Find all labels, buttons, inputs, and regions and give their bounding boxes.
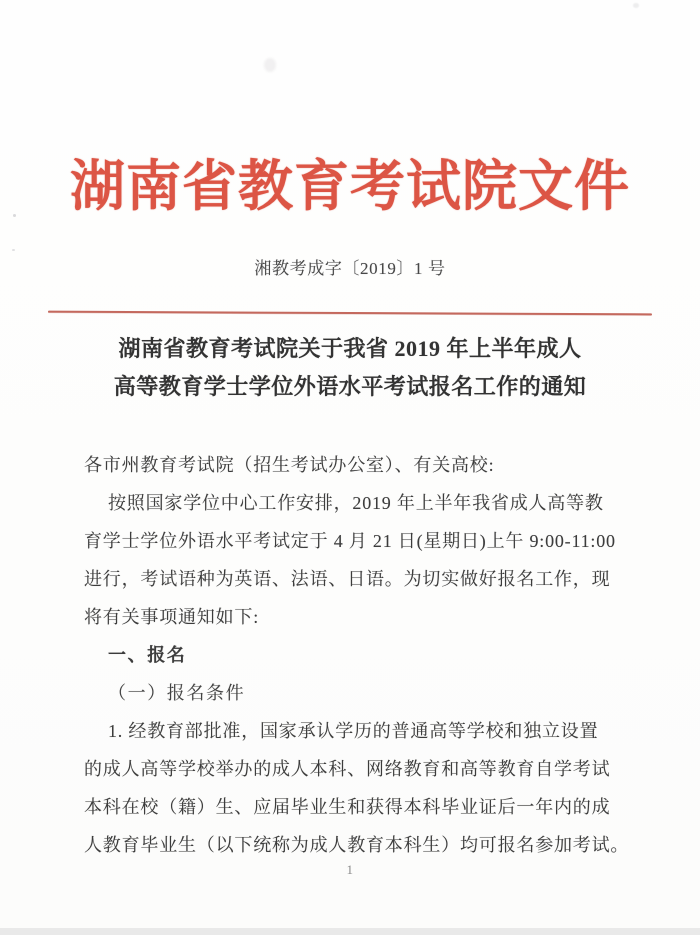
- body-line: 进行，考试语种为英语、法语、日语。为切实做好报名工作，现: [84, 560, 624, 598]
- letterhead-divider-rule: [48, 311, 652, 316]
- body-line: 按照国家学位中心工作安排，2019 年上半年我省成人高等教: [84, 484, 624, 522]
- body-line: 将有关事项通知如下:: [84, 598, 624, 636]
- scan-smudge: [264, 58, 276, 72]
- body-line: 一、报名: [84, 636, 624, 674]
- body-line: （一）报名条件: [84, 674, 624, 712]
- document-title: 湖南省教育考试院关于我省 2019 年上半年成人 高等教育学士学位外语水平考试报…: [0, 330, 700, 406]
- body-line: 育学士学位外语水平考试定于 4 月 21 日(星期日)上午 9:00-11:00: [84, 522, 624, 560]
- scan-speck: [633, 3, 639, 8]
- document-number: 湘教考成字〔2019〕1 号: [0, 254, 700, 279]
- body-line: 人教育毕业生（以下统称为成人教育本科生）均可报名参加考试。: [84, 826, 624, 864]
- document-title-line-2: 高等教育学士学位外语水平考试报名工作的通知: [0, 368, 700, 406]
- body-line: 各市州教育考试院（招生考试办公室）、有关高校:: [84, 446, 624, 484]
- document-body: 各市州教育考试院（招生考试办公室）、有关高校:按照国家学位中心工作安排，2019…: [84, 446, 624, 864]
- body-line: 本科在校（籍）生、应届毕业生和获得本科毕业证后一年内的成: [84, 788, 624, 826]
- document-title-line-1: 湖南省教育考试院关于我省 2019 年上半年成人: [0, 330, 700, 368]
- scanned-document-page: 湖南省教育考试院文件 湘教考成字〔2019〕1 号 湖南省教育考试院关于我省 2…: [0, 0, 700, 935]
- body-line: 1. 经教育部批准，国家承认学历的普通高等学校和独立设置: [84, 712, 624, 750]
- scan-edge-band: [0, 928, 700, 935]
- page-number: 1: [0, 862, 700, 878]
- letterhead-title: 湖南省教育考试院文件: [0, 144, 700, 230]
- body-line: 的成人高等学校举办的成人本科、网络教育和高等教育自学考试: [84, 750, 624, 788]
- scan-speck: [12, 249, 15, 251]
